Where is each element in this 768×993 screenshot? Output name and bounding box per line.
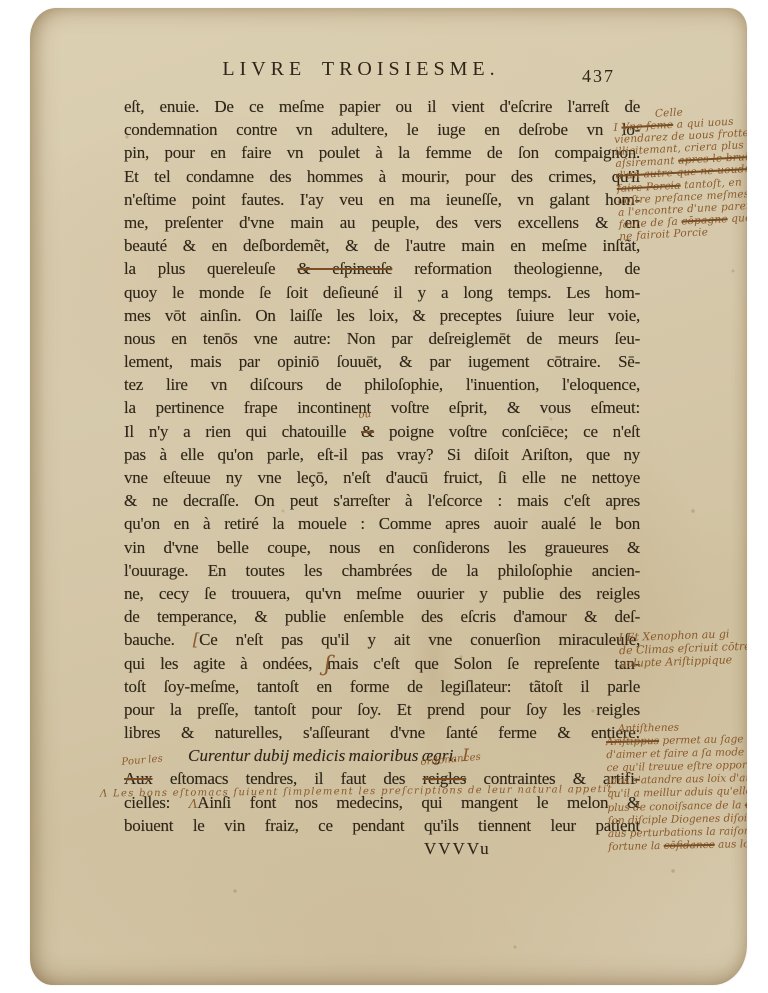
text-line: n'eſtime point fautes. I'ay veu en ma ie… (124, 188, 640, 211)
text-line: VVVVu (124, 837, 640, 860)
handwritten-superscript: ou (358, 410, 372, 421)
text-line: nous en tenōs vne autre: Non par deſreig… (124, 327, 640, 350)
text-line: vne eſteuue ny vne leçō, n'eſt d'aucū fr… (124, 466, 640, 489)
text-line: condemnation contre vn adultere, le iuge… (124, 118, 640, 141)
running-header: LIVRE TROISIESME. (104, 58, 618, 81)
text-line: mes vōt ainſin. On laiſſe les loix, & pr… (124, 304, 640, 327)
text-line: quoy le monde ſe ſoit deſieuné il y a lo… (124, 281, 640, 304)
text-line: toſt ſoy-meſme, tantoſt en forme de legi… (124, 675, 640, 698)
text-line: boiuent le vin fraiz, ce pendant qu'ils … (124, 814, 640, 837)
text-line: & ne decraſſe. On peut s'arreſter à l'eſ… (124, 489, 640, 512)
text-line: pas à elle qu'on parle, eſt-il pas vray?… (124, 443, 640, 466)
text-line: qu'on en à retiré la mouele : Comme apre… (124, 512, 640, 535)
text-line: pin, pour en faire vn poulet à la femme … (124, 141, 640, 164)
text-line: Et tel condamne des hommes à mourir, pou… (124, 165, 640, 188)
text-line: la plus quereleuſe & eſpineuſe reformati… (124, 257, 640, 280)
page-paper: LIVRE TROISIESME. 437 eſt, enuie. De ce … (30, 8, 747, 985)
text-line: Curentur dubij medicis maioribus ægri. I (124, 744, 640, 767)
text-line: l'ouurage. En toutes les chambrées de la… (124, 559, 640, 582)
text-line: la pertinence frape incontinent voſtre e… (124, 396, 640, 419)
text-line: lement, mais par opiniō ſouuēt, & par iu… (124, 350, 640, 373)
text-line: me, preſenter d'vne main au peuple, des … (124, 211, 640, 234)
scanned-book-page: LIVRE TROISIESME. 437 eſt, enuie. De ce … (0, 0, 768, 993)
margin-note-top-right: CelleI Vne feme a qui uousviendarez de u… (613, 100, 747, 243)
text-line: pour la preſſe, tantoſt pour ſoy. Et pre… (124, 698, 640, 721)
text-line: beauté & en deſbordemẽt, & de l'autre ma… (124, 234, 640, 257)
text-line: vin d'vne belle coupe, nous en conſidero… (124, 536, 640, 559)
text-line: ne, cecy ſe trouuera, qu'vn meſme ouurie… (124, 582, 640, 605)
text-line: eſt, enuie. De ce meſme papier ou il vie… (124, 95, 640, 118)
text-line: qui les agite à ondées, ʃmais c'eſt que … (124, 652, 640, 675)
text-line: libres & naturelles, s'aſſeurant d'vne ſ… (124, 721, 640, 744)
text-line: tez lire vn diſcours de philoſophie, l'i… (124, 373, 640, 396)
text-line: de temperance, & publie enſemble des eſc… (124, 605, 640, 628)
page-number: 437 (582, 66, 615, 87)
text-line: bauche. [Ce n'eſt pas qu'il y ait vne co… (124, 628, 640, 651)
body-text: eſt, enuie. De ce meſme papier ou il vie… (124, 95, 640, 860)
margin-note-xenophon: I Et Xenophon au gide Climas eſcriuit cō… (618, 625, 747, 670)
paper-fibers (30, 8, 32, 10)
text-line: Il n'y a rien qui chatouille &ou poigne … (124, 420, 640, 443)
